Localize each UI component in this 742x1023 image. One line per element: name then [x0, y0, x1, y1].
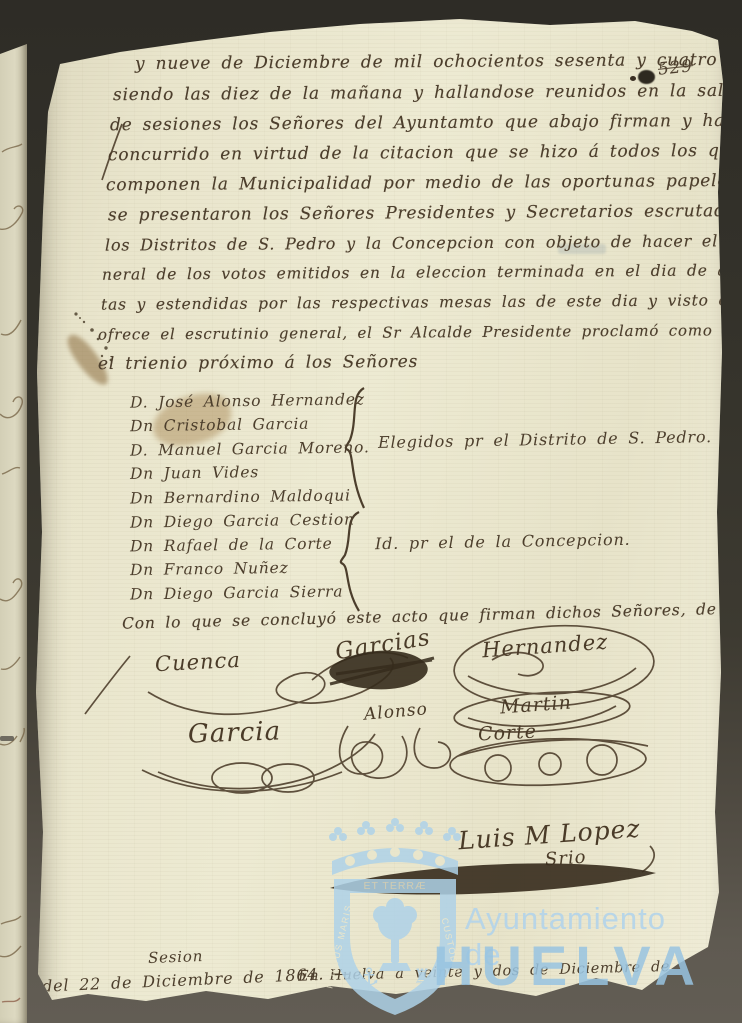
group-label: Elegidos pr el Distrito de S. Pedro.: [378, 427, 712, 452]
body-line: siendo las diez de la mañana y hallandos…: [113, 81, 735, 105]
signature: Alonso: [363, 699, 428, 724]
group-brace-icon: [333, 510, 367, 614]
body-line: componen la Municipalidad por medio de l…: [106, 171, 742, 196]
body-line: concurrido en virtud de la citacion que …: [108, 141, 742, 165]
previous-page-edge: [0, 44, 27, 1023]
group-brace-icon: [338, 386, 372, 512]
session-label: Sesion: [148, 947, 204, 967]
signature: Garcias: [334, 625, 433, 666]
body-line: neral de los votos emitidos en la elecci…: [102, 260, 742, 283]
name-line: D. José Alonso Hernandez: [130, 390, 365, 411]
name-line: D. Manuel Garcia Moreno.: [130, 438, 370, 459]
manuscript-page: 529 y nueve de Diciembre de mil ochocien…: [30, 12, 725, 1012]
signature: Garcia: [188, 716, 282, 749]
corner-ink-dot: [630, 76, 636, 81]
closing-line: Con lo que se concluyó este acto que fir…: [122, 597, 742, 632]
body-line: de sesiones los Señores del Ayuntamto qu…: [110, 111, 737, 135]
signature: Cuenca: [154, 648, 241, 676]
name-line: Dn Juan Vides: [130, 463, 259, 483]
body-line: se presentaron los Señores Presidentes y…: [108, 201, 742, 226]
name-line: Dn Rafael de la Corte: [130, 535, 333, 556]
body-line: tas y estendidas por las respectivas mes…: [101, 290, 742, 313]
signature: Martin: [499, 692, 572, 719]
body-line: y nueve de Diciembre de mil ochocientos …: [135, 50, 718, 74]
name-line: Dn Franco Nuñez: [130, 559, 289, 579]
body-line: ofrece el escrutinio general, el Sr Alca…: [98, 320, 742, 343]
group-label: Id. pr el de la Concepcion.: [375, 530, 631, 553]
name-line: Dn Diego Garcia Sierra: [130, 583, 344, 604]
place-date-line: En Huelva a veinte y dos de Diciembre de…: [298, 955, 742, 984]
signature: Hernandez: [481, 630, 609, 663]
archive-photo: 529 y nueve de Diciembre de mil ochocien…: [0, 0, 742, 1023]
signature: Corte: [477, 720, 537, 745]
body-line: los Distritos de S. Pedro y la Concepcio…: [105, 230, 742, 254]
name-line: Dn Diego Garcia Cestion: [130, 510, 355, 531]
name-line: Dn Cristobal Garcia: [130, 415, 309, 436]
body-line: el trienio próximo á los Señores: [98, 352, 418, 374]
name-line: Dn Bernardino Maldoqui: [130, 486, 351, 507]
left-page-writing-fragments: [0, 44, 27, 1023]
secretary-title: Srio: [544, 847, 587, 871]
